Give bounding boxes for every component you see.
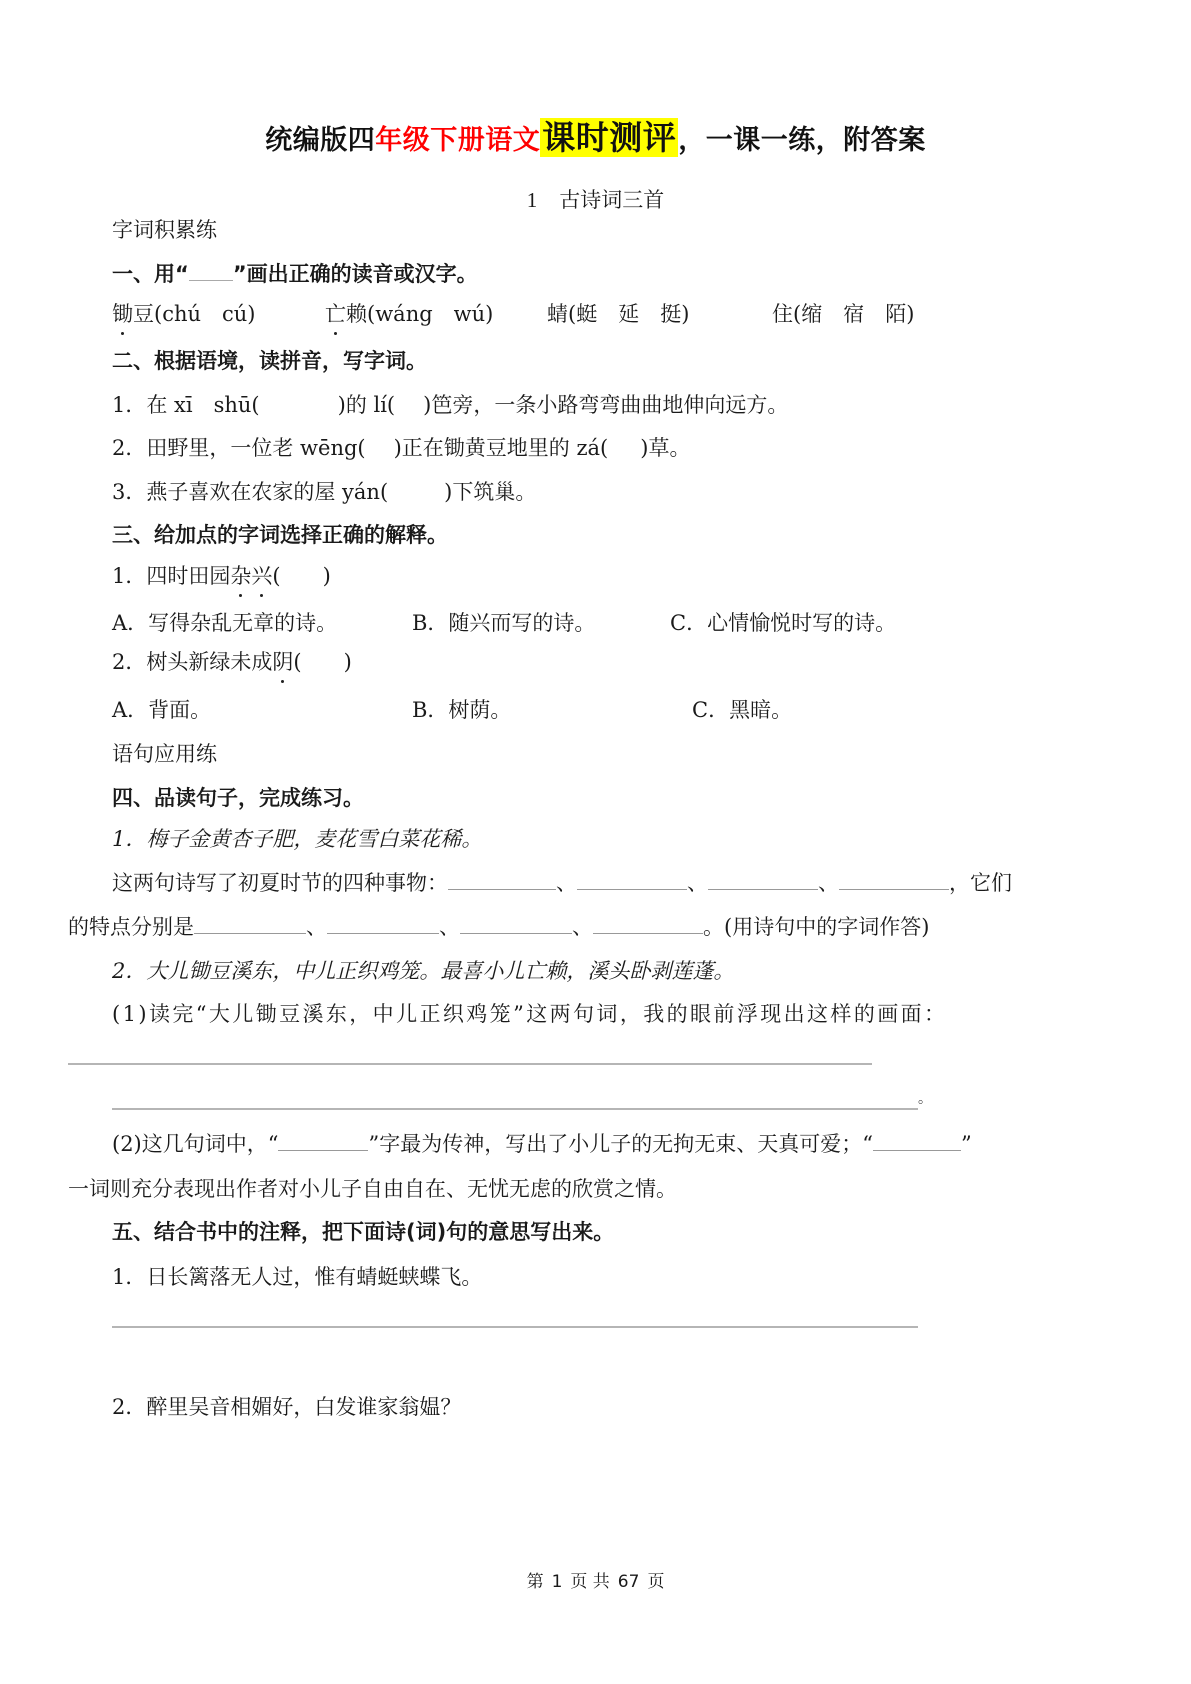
q4-item1-line1: 这两句诗写了初夏时节的四种事物：、、、，它们: [112, 867, 1012, 897]
q2-text: )笆旁，一条小路弯弯曲曲地伸向远方。: [423, 393, 788, 417]
separator: 、: [818, 871, 839, 895]
word-rest: 蜻: [547, 302, 568, 326]
q4-text: ，它们: [949, 871, 1012, 895]
q1-item-4: 住(缩 宿 陌): [772, 298, 914, 328]
q3-option[interactable]: C．心情愉悦时写的诗。: [670, 607, 896, 637]
q4-sub1: (1)读完“大儿锄豆溪东，中儿正织鸡笼”这两句词，我的眼前浮现出这样的画面：: [112, 998, 947, 1028]
q3-prefix: 1．四时田园: [112, 564, 230, 588]
word-rest: 赖: [346, 302, 367, 326]
char-options[interactable]: (缩 宿 陌): [793, 302, 914, 326]
page-footer: 第1页 共67页: [0, 1567, 1191, 1592]
question-2-title: 二、根据语境，读拼音，写字词。: [112, 345, 427, 375]
pinyin-options[interactable]: (wáng wú): [367, 302, 493, 326]
title-part-4: ，一课一练，附答案: [678, 125, 926, 156]
q3-item-2: 2．树头新绿未成阴( ): [112, 646, 352, 676]
separator: 、: [306, 915, 327, 939]
period: 。: [918, 1088, 932, 1108]
q4-poem-1: 1．梅子金黄杏子肥，麦花雪白菜花稀。: [112, 823, 482, 853]
answer-blank[interactable]: [460, 915, 572, 934]
answer-blank[interactable]: [593, 915, 703, 934]
word-rest: 住: [772, 302, 793, 326]
lesson-heading: 1古诗词三首: [0, 184, 1191, 214]
q4-sub2-line2: 一词则充分表现出作者对小儿子自由自在、无忧无虑的欣赏之情。: [68, 1173, 677, 1203]
q1-item-2: 亡赖(wáng wú): [325, 298, 493, 328]
answer-paren[interactable]: ( ): [293, 650, 351, 674]
current-page: 1: [552, 1572, 563, 1592]
document-title: 统编版四年级下册语文课时测评，一课一练，附答案: [0, 118, 1191, 161]
q3-option[interactable]: A．写得杂乱无章的诗。: [112, 607, 337, 637]
answer-blank[interactable]: [839, 871, 949, 890]
q2-text: 1．在 xī shū(: [112, 393, 260, 417]
separator: 、: [439, 915, 460, 939]
q2-text: 2．田野里，一位老 wēng(: [112, 436, 366, 460]
answer-line[interactable]: [112, 1108, 918, 1110]
underline-sample: [189, 262, 233, 281]
q4-text: 的特点分别是: [68, 915, 194, 939]
q3-option[interactable]: C．黑暗。: [692, 694, 792, 724]
section-label-sentence: 语句应用练: [112, 738, 217, 768]
dotted-char: 亡: [325, 298, 346, 328]
title-part-highlight: 课时测评: [540, 118, 678, 157]
q2-item-2: 2．田野里，一位老 wēng()正在锄黄豆地里的 zá()草。: [112, 432, 690, 462]
q2-text: )的 lí(: [338, 393, 396, 417]
answer-blank[interactable]: [873, 1132, 961, 1151]
q1-item-3: 蜻(蜓 延 挺): [547, 298, 689, 328]
dotted-char: 阴: [272, 646, 293, 676]
answer-blank[interactable]: [327, 915, 439, 934]
q3-option[interactable]: B．随兴而写的诗。: [412, 607, 595, 637]
q5-item-2: 2．醉里吴音相媚好，白发谁家翁媪？: [112, 1391, 461, 1421]
q2-item-1: 1．在 xī shū()的 lí()笆旁，一条小路弯弯曲曲地伸向远方。: [112, 389, 788, 419]
answer-paren[interactable]: ( ): [272, 564, 330, 588]
q3-prefix: 2．树头新绿未成: [112, 650, 272, 674]
q1-title-a: 一、用“: [112, 262, 189, 286]
q3-option[interactable]: A．背面。: [112, 694, 211, 724]
q3-option[interactable]: B．树荫。: [412, 694, 511, 724]
q4-text: ”: [961, 1132, 972, 1156]
section-label-vocab: 字词积累练: [112, 214, 217, 244]
answer-blank[interactable]: [448, 871, 556, 890]
q4-sub2-line1: (2)这几句词中，“”字最为传神，写出了小儿子的无拘无束、天真可爱；“”: [112, 1128, 972, 1158]
total-pages: 67: [618, 1572, 640, 1592]
q5-item-1: 1．日长篱落无人过，惟有蜻蜓蛱蝶飞。: [112, 1261, 482, 1291]
footer-text: 页 共: [570, 1572, 609, 1592]
lesson-number: 1: [527, 188, 538, 212]
char-options[interactable]: (蜓 延 挺): [568, 302, 689, 326]
word-rest: 豆: [133, 302, 154, 326]
answer-line[interactable]: [68, 1063, 872, 1065]
answer-blank[interactable]: [194, 915, 306, 934]
lesson-name: 古诗词三首: [559, 188, 664, 212]
separator: 、: [687, 871, 708, 895]
separator: 、: [556, 871, 577, 895]
q2-text: )正在锄黄豆地里的 zá(: [394, 436, 609, 460]
dotted-char: 杂: [230, 560, 251, 590]
answer-blank[interactable]: [278, 1132, 368, 1151]
q1-item-1: 锄豆(chú cú): [112, 298, 255, 328]
q3-item-1: 1．四时田园杂兴( ): [112, 560, 331, 590]
q2-text: 3．燕子喜欢在农家的屋 yán(: [112, 480, 388, 504]
question-4-title: 四、品读句子，完成练习。: [112, 782, 364, 812]
answer-line[interactable]: [112, 1326, 918, 1328]
q4-item1-line2: 的特点分别是、、、。(用诗句中的字词作答): [68, 911, 929, 941]
question-5-title: 五、结合书中的注释，把下面诗(词)句的意思写出来。: [112, 1216, 614, 1246]
footer-text: 第: [527, 1572, 544, 1592]
q2-item-3: 3．燕子喜欢在农家的屋 yán()下筑巢。: [112, 476, 536, 506]
title-part-1: 统编版四: [265, 125, 375, 156]
dotted-char: 锄: [112, 298, 133, 328]
q4-text: 。(用诗句中的字词作答): [703, 915, 929, 939]
q4-poem-2: 2．大儿锄豆溪东，中儿正织鸡笼。最喜小儿亡赖，溪头卧剥莲蓬。: [112, 955, 734, 985]
dotted-char: 兴: [251, 560, 272, 590]
q4-text: 这两句诗写了初夏时节的四种事物：: [112, 871, 448, 895]
question-1-title: 一、用“”画出正确的读音或汉字。: [112, 258, 478, 288]
q4-text: ”字最为传神，写出了小儿子的无拘无束、天真可爱；“: [368, 1132, 872, 1156]
pinyin-options[interactable]: (chú cú): [154, 302, 255, 326]
title-part-red: 年级下册语文: [375, 125, 540, 156]
separator: 、: [572, 915, 593, 939]
q2-text: )草。: [640, 436, 690, 460]
answer-blank[interactable]: [708, 871, 818, 890]
footer-text: 页: [647, 1572, 664, 1592]
q4-text: (2)这几句词中，“: [112, 1132, 278, 1156]
q2-text: )下筑巢。: [444, 480, 536, 504]
question-3-title: 三、给加点的字词选择正确的解释。: [112, 519, 448, 549]
answer-blank[interactable]: [577, 871, 687, 890]
q1-title-b: ”画出正确的读音或汉字。: [233, 262, 478, 286]
